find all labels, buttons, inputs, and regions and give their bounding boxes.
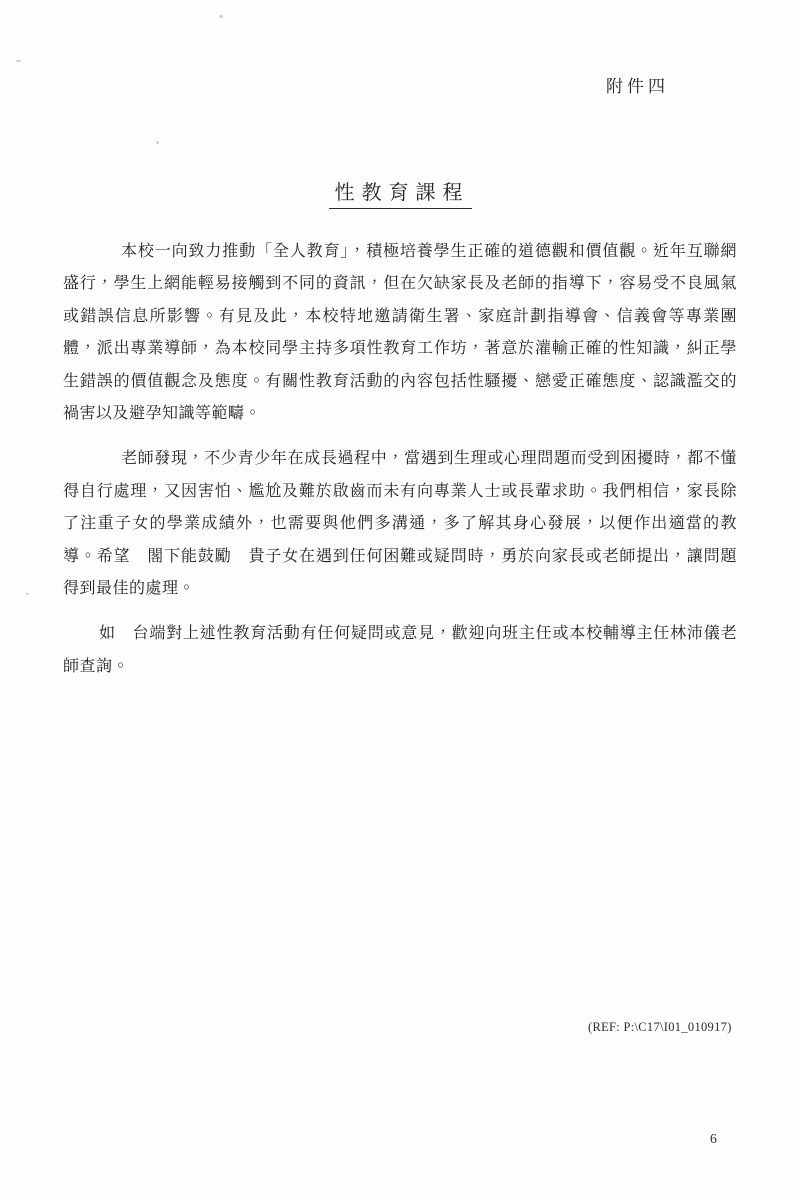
attachment-label: 附件四 bbox=[606, 72, 669, 97]
scan-speck bbox=[26, 593, 29, 595]
page-title: 性教育課程 bbox=[329, 176, 472, 209]
scan-speck bbox=[219, 15, 223, 18]
document-page: 附件四 性教育課程 本校一向致力推動「全人教育」，積極培養學生正確的道德觀和價值… bbox=[0, 0, 800, 1200]
reference-code: (REF: P:\C17\I01_010917) bbox=[588, 1020, 732, 1035]
paragraph-1: 本校一向致力推動「全人教育」，積極培養學生正確的道德觀和價值觀。近年互聯網盛行，… bbox=[63, 235, 737, 429]
scan-speck bbox=[156, 141, 159, 144]
scan-speck bbox=[16, 60, 21, 62]
paragraph-3: 如 台端對上述性教育活動有任何疑問或意見，歡迎向班主任或本校輔導主任林沛儀老師查… bbox=[63, 617, 737, 682]
letter-body: 本校一向致力推動「全人教育」，積極培養學生正確的道德觀和價值觀。近年互聯網盛行，… bbox=[63, 235, 737, 695]
title-wrap: 性教育課程 bbox=[0, 176, 800, 209]
page-number: 6 bbox=[710, 1131, 717, 1147]
paragraph-2: 老師發現，不少青少年在成長過程中，當遇到生理或心理問題而受到困擾時，都不懂得自行… bbox=[63, 442, 737, 604]
